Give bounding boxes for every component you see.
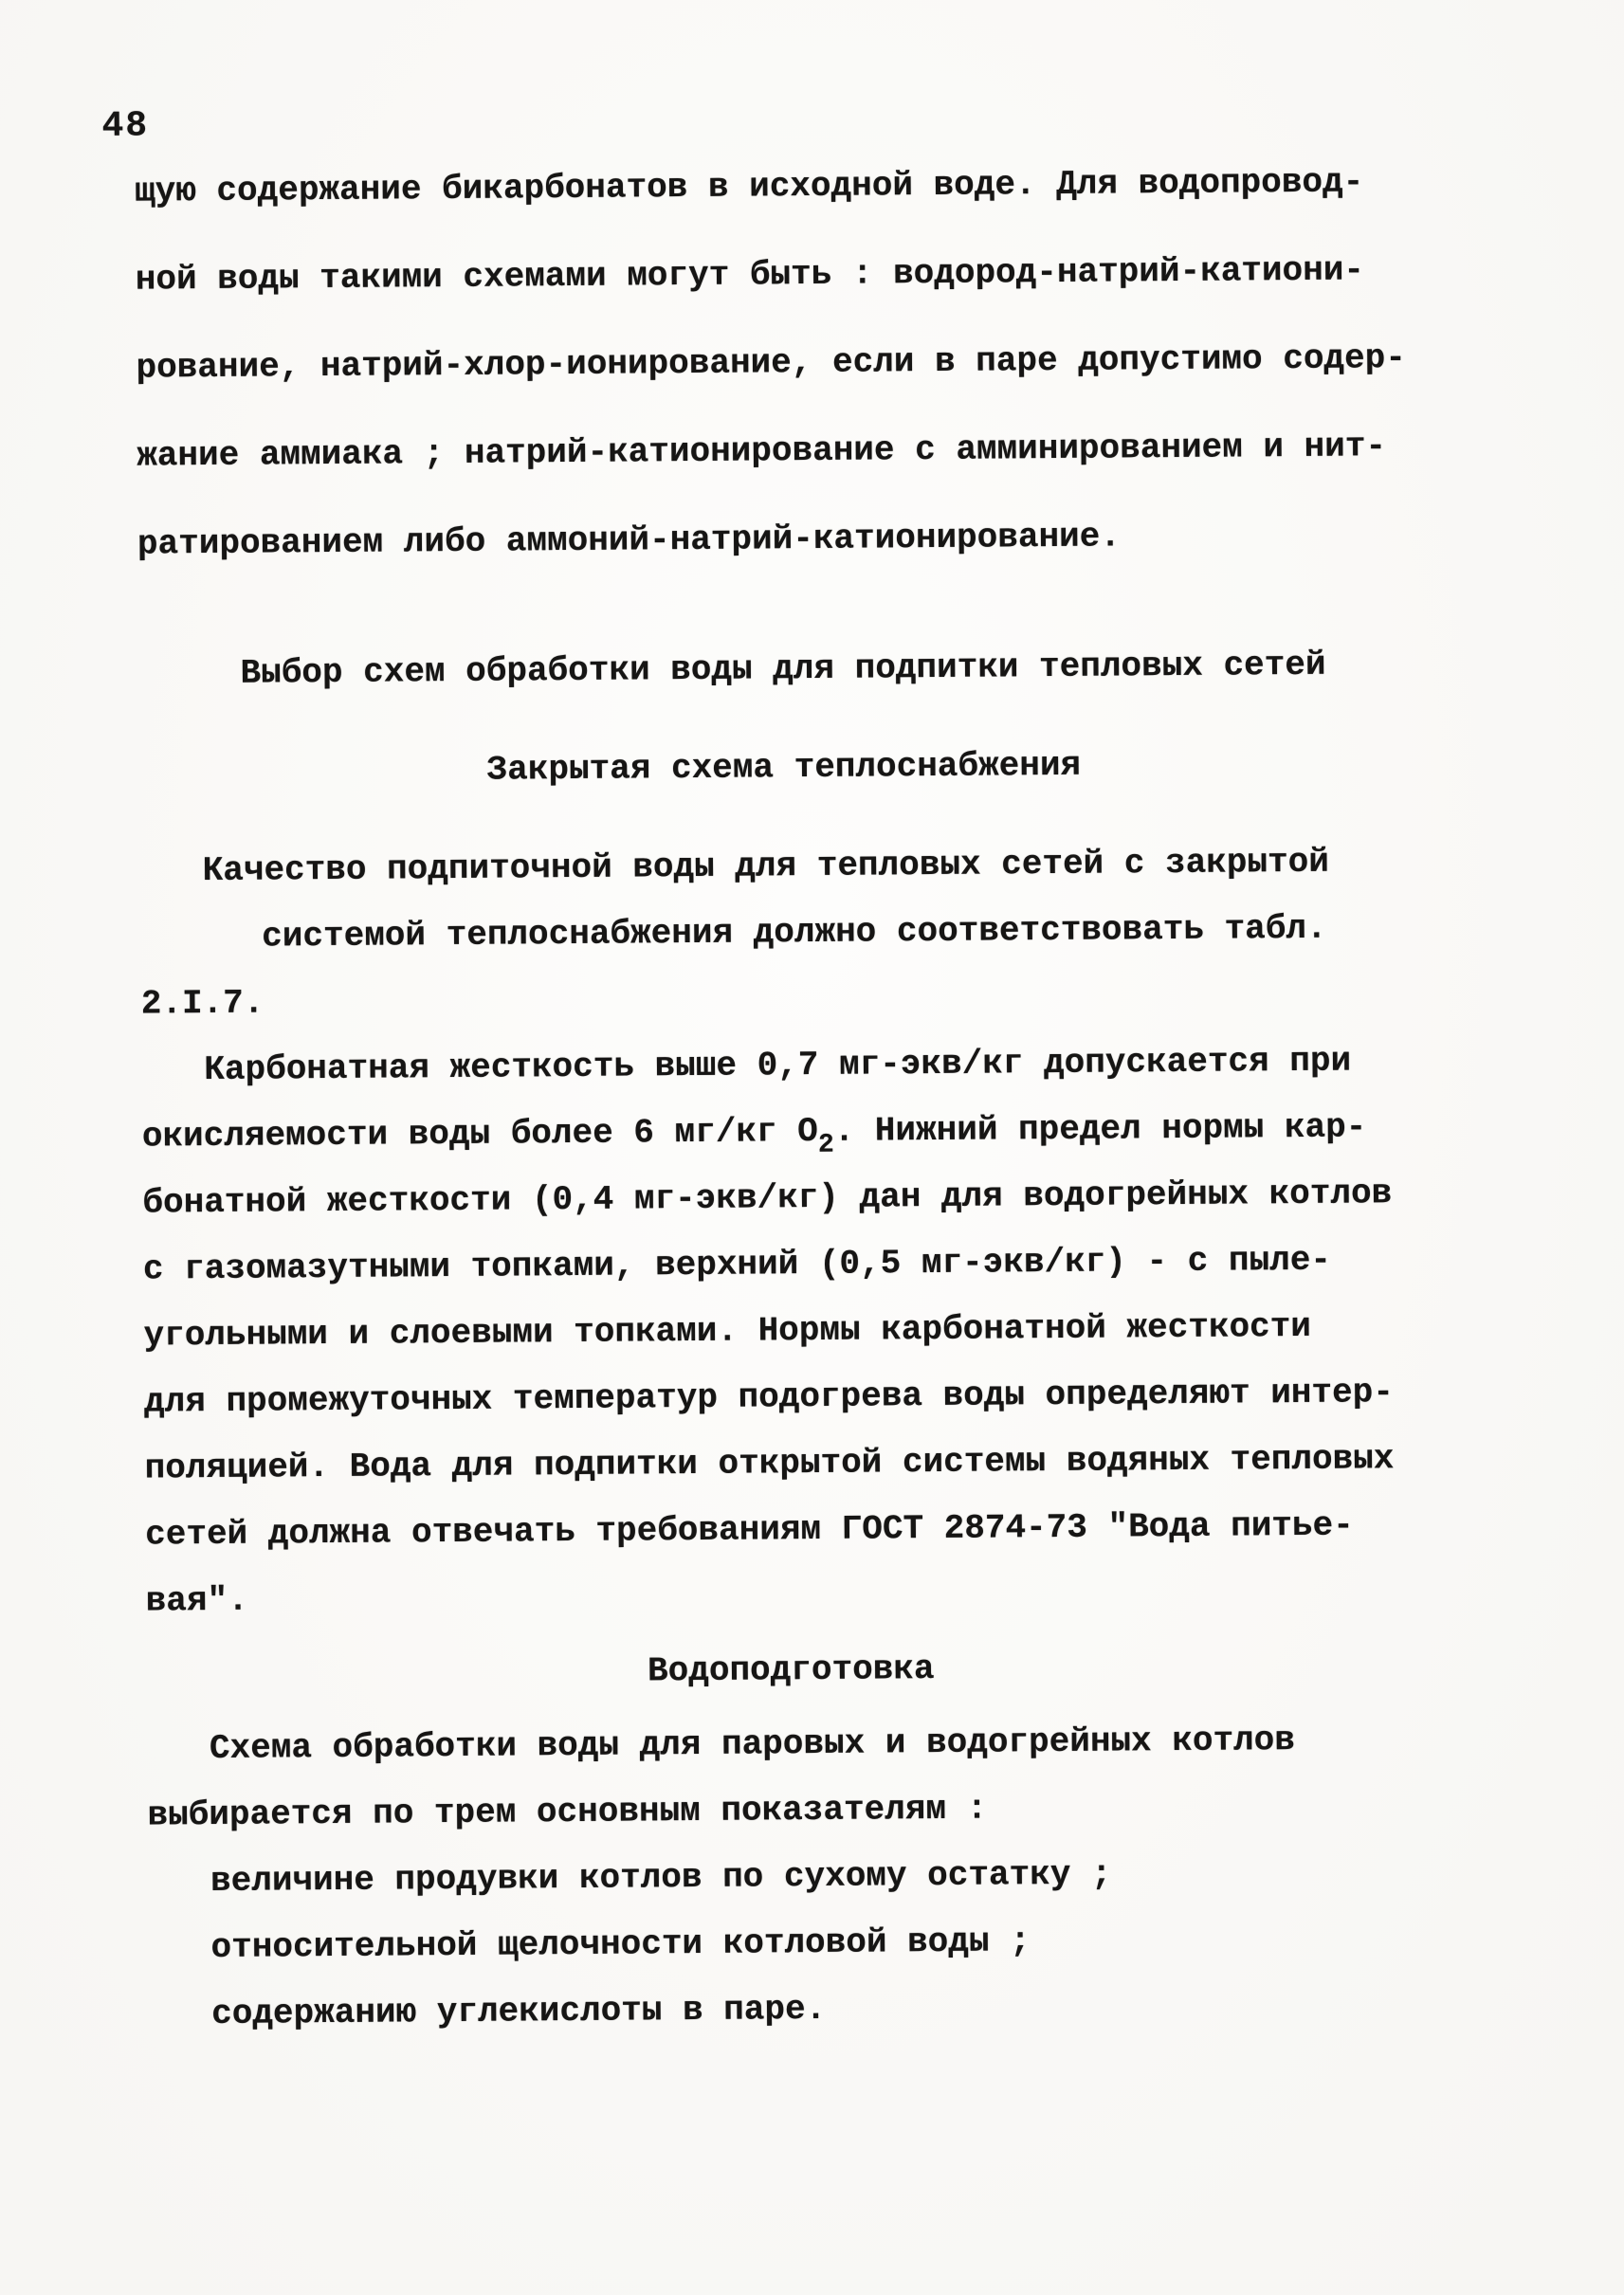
- text-line: поляцией. Вода для подпитки открытой сис…: [144, 1425, 1491, 1502]
- text-line: относительной щелочности котловой воды ;: [148, 1904, 1495, 1981]
- document-page: 48 щую содержание бикарбонатов в исходно…: [0, 0, 1624, 2295]
- text-line: содержанию углекислоты в паре.: [149, 1971, 1496, 2048]
- scanned-page-sheet: 48 щую содержание бикарбонатов в исходно…: [0, 0, 1624, 2295]
- text-line: вая".: [145, 1557, 1492, 1634]
- text-line: для промежуточных температур подогрева в…: [144, 1358, 1491, 1435]
- paragraph: Карбонатная жесткость выше 0,7 мг-экв/кг…: [141, 1027, 1492, 1634]
- paragraph: величине продувки котлов по сухому остат…: [148, 1838, 1496, 2048]
- text-line: сетей должна отвечать требованиям ГОСТ 2…: [145, 1491, 1492, 1568]
- text-segment: окисляемости воды более 6 мг/кг О: [142, 1112, 818, 1157]
- paragraph: Качество подпиточной воды для тепловых с…: [139, 828, 1487, 1037]
- text-line: системой теплоснабжения должно соответст…: [140, 894, 1487, 971]
- text-segment: . Нижний предел нормы кар-: [833, 1107, 1366, 1150]
- section-heading: Закрытая схема теплоснабжения: [139, 729, 1487, 806]
- paragraph: щую содержание бикарбонатов в исходной в…: [135, 137, 1485, 588]
- text-line: Схема обработки воды для паровых и водог…: [147, 1705, 1494, 1782]
- text-line: с газомазутными топками, верхний (0,5 мг…: [143, 1226, 1490, 1302]
- text-line: величине продувки котлов по сухому остат…: [148, 1838, 1495, 1915]
- text-line: бонатной жесткости (0,4 мг-экв/кг) дан д…: [142, 1159, 1489, 1236]
- text-line: окисляемости воды более 6 мг/кг О2. Нижн…: [142, 1093, 1489, 1170]
- text-line: рование, натрий-хлор-ионирование, если в…: [136, 313, 1483, 411]
- document-content: щую содержание бикарбонатов в исходной в…: [135, 137, 1496, 2048]
- text-line: Качество подпиточной воды для тепловых с…: [139, 828, 1487, 904]
- text-line: угольными и слоевыми топками. Нормы карб…: [143, 1292, 1490, 1369]
- text-line: Карбонатная жесткость выше 0,7 мг-экв/кг…: [141, 1027, 1488, 1103]
- text-line: щую содержание бикарбонатов в исходной в…: [135, 137, 1482, 235]
- page-number: 48: [101, 105, 149, 147]
- text-line: ратированием либо аммоний-натрий-катиони…: [137, 489, 1485, 588]
- text-line: жание аммиака ; натрий-катионирование с …: [137, 401, 1484, 500]
- section-heading: Водоподготовка: [146, 1631, 1493, 1708]
- section-heading: Выбор схем обработки воды для подпитки т…: [138, 630, 1486, 707]
- text-line: ной воды такими схемами могут быть : вод…: [135, 225, 1482, 323]
- text-line: выбирается по трем основным показателям …: [147, 1772, 1494, 1849]
- text-line: 2.I.7.: [141, 960, 1488, 1037]
- subscript-text: 2: [818, 1131, 834, 1160]
- paragraph: Схема обработки воды для паровых и водог…: [147, 1705, 1494, 1849]
